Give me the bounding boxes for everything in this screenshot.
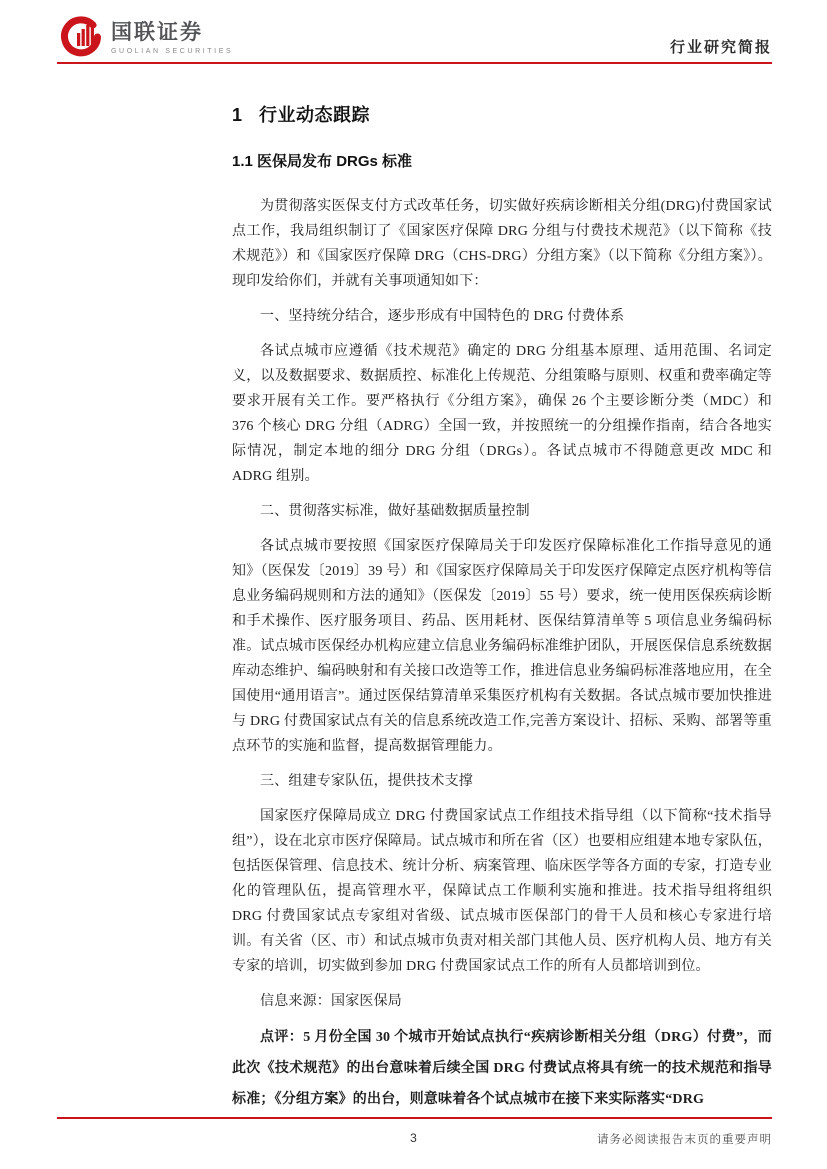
paragraph-2: 各试点城市要按照《国家医疗保障局关于印发医疗保障标准化工作指导意见的通知》（医保… (232, 534, 772, 759)
list-heading-2: 二、贯彻落实标准，做好基础数据质量控制 (232, 499, 772, 524)
paragraph-1: 各试点城市应遵循《技术规范》确定的 DRG 分组基本原理、适用范围、名词定义，以… (232, 339, 772, 489)
header-divider (57, 62, 772, 64)
report-body: 1 行业动态跟踪 1.1 医保局发布 DRGs 标准 为贯彻落实医保支付方式改革… (232, 102, 772, 1115)
footer-disclaimer: 请务必阅读报告末页的重要声明 (597, 1131, 772, 1147)
source-line: 信息来源：国家医保局 (232, 989, 772, 1014)
paragraph-intro: 为贯彻落实医保支付方式改革任务，切实做好疾病诊断相关分组(DRG)付费国家试点工… (232, 194, 772, 294)
report-type-label: 行业研究简报 (670, 36, 772, 57)
paragraph-3: 国家医疗保障局成立 DRG 付费国家试点工作组技术指导组（以下简称“技术指导组”… (232, 804, 772, 979)
subsection-title: 1.1 医保局发布 DRGs 标准 (232, 151, 772, 172)
report-page: 国联证券 GUOLIAN SECURITIES 行业研究简报 1 行业动态跟踪 … (0, 0, 827, 1169)
logo-cn-label: 国联证券 (111, 21, 233, 45)
guolian-logo: 国联证券 GUOLIAN SECURITIES (57, 16, 233, 60)
list-heading-1: 一、坚持统分结合，逐步形成有中国特色的 DRG 付费体系 (232, 304, 772, 329)
section-title: 1 行业动态跟踪 (232, 102, 772, 128)
comment-paragraph: 点评：5 月份全国 30 个城市开始试点执行“疾病诊断相关分组（DRG）付费”，… (232, 1022, 772, 1115)
footer-divider (57, 1117, 772, 1119)
list-heading-3: 三、组建专家队伍，提供技术支撑 (232, 769, 772, 794)
page-header: 国联证券 GUOLIAN SECURITIES 行业研究简报 (57, 14, 772, 60)
guolian-logo-icon (57, 16, 103, 60)
logo-en-label: GUOLIAN SECURITIES (111, 47, 233, 56)
logo-text: 国联证券 GUOLIAN SECURITIES (111, 21, 233, 56)
